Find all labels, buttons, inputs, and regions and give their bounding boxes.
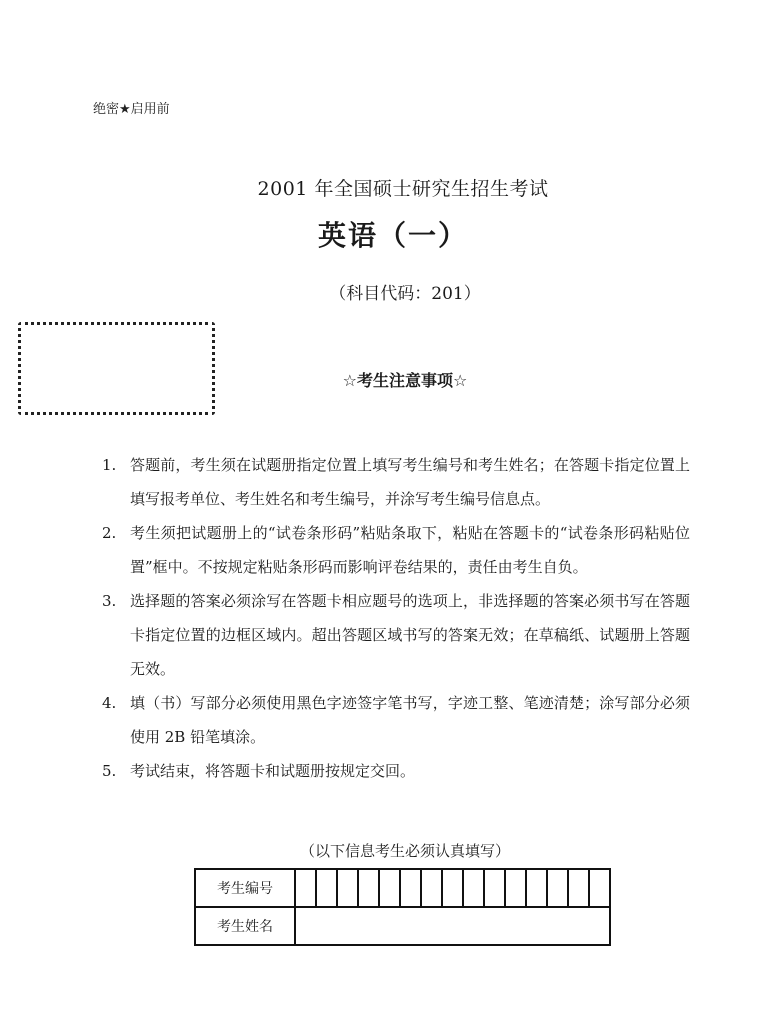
candidate-number-digit-cell[interactable] xyxy=(295,869,316,907)
candidate-number-digit-cell[interactable] xyxy=(526,869,547,907)
exam-title: 2001 年全国硕士研究生招生考试 xyxy=(0,174,768,201)
rule-text: 选择题的答案必须涂写在答题卡相应题号的选项上，非选择题的答案必须书写在答题卡指定… xyxy=(130,584,690,686)
confidential-mark: 绝密★启用前 xyxy=(93,98,170,117)
rule-text: 考试结束，将答题卡和试题册按规定交回。 xyxy=(130,754,690,788)
candidate-number-digit-cell[interactable] xyxy=(589,869,610,907)
rules-list: 1. 答题前，考生须在试题册指定位置上填写考生编号和考生姓名；在答题卡指定位置上… xyxy=(102,448,702,788)
rule-item: 3. 选择题的答案必须涂写在答题卡相应题号的选项上，非选择题的答案必须书写在答题… xyxy=(102,584,702,686)
candidate-number-digit-cell[interactable] xyxy=(505,869,526,907)
rule-item: 5. 考试结束，将答题卡和试题册按规定交回。 xyxy=(102,754,702,788)
candidate-number-label: 考生编号 xyxy=(195,869,295,907)
candidate-number-digit-cell[interactable] xyxy=(568,869,589,907)
candidate-info-form: 考生编号 考生姓名 xyxy=(194,868,611,946)
rule-number: 1. xyxy=(102,448,130,516)
rule-text: 考生须把试题册上的“试卷条形码”粘贴条取下，粘贴在答题卡的“试卷条形码粘贴位置”… xyxy=(130,516,690,584)
notice-heading: ☆考生注意事项☆ xyxy=(0,368,768,391)
candidate-name-row: 考生姓名 xyxy=(195,907,610,945)
rule-number: 5. xyxy=(102,754,130,788)
candidate-number-digit-cell[interactable] xyxy=(442,869,463,907)
candidate-number-digit-cell[interactable] xyxy=(358,869,379,907)
candidate-number-digit-cell[interactable] xyxy=(400,869,421,907)
candidate-number-digit-cell[interactable] xyxy=(316,869,337,907)
rule-number: 3. xyxy=(102,584,130,686)
candidate-name-label: 考生姓名 xyxy=(195,907,295,945)
rule-text: 答题前，考生须在试题册指定位置上填写考生编号和考生姓名；在答题卡指定位置上填写报… xyxy=(130,448,690,516)
rule-text: 填（书）写部分必须使用黑色字迹签字笔书写，字迹工整、笔迹清楚；涂写部分必须使用 … xyxy=(130,686,690,754)
subject-code: （科目代码：201） xyxy=(0,279,768,304)
rule-item: 1. 答题前，考生须在试题册指定位置上填写考生编号和考生姓名；在答题卡指定位置上… xyxy=(102,448,702,516)
candidate-number-digit-cell[interactable] xyxy=(547,869,568,907)
rule-item: 2. 考生须把试题册上的“试卷条形码”粘贴条取下，粘贴在答题卡的“试卷条形码粘贴… xyxy=(102,516,702,584)
candidate-number-row: 考生编号 xyxy=(195,869,610,907)
candidate-name-field[interactable] xyxy=(295,907,610,945)
form-instruction: （以下信息考生必须认真填写） xyxy=(0,840,768,861)
candidate-number-digit-cell[interactable] xyxy=(421,869,442,907)
rule-item: 4. 填（书）写部分必须使用黑色字迹签字笔书写，字迹工整、笔迹清楚；涂写部分必须… xyxy=(102,686,702,754)
candidate-number-digit-cell[interactable] xyxy=(337,869,358,907)
candidate-number-digit-cell[interactable] xyxy=(484,869,505,907)
rule-number: 2. xyxy=(102,516,130,584)
candidate-number-digit-cell[interactable] xyxy=(379,869,400,907)
subject-title: 英语（一） xyxy=(0,214,768,254)
rule-number: 4. xyxy=(102,686,130,754)
candidate-number-digit-cell[interactable] xyxy=(463,869,484,907)
